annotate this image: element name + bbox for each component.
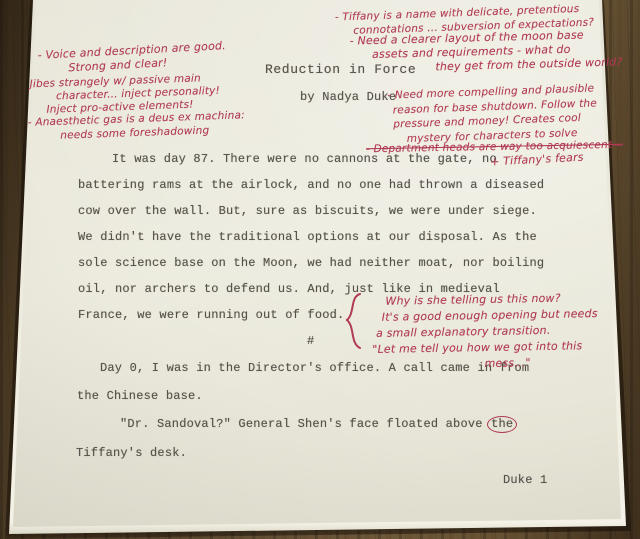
manuscript-byline: by Nadya Duke: [300, 90, 396, 104]
annotation-moon-base-layout: - Need a clearer layout of the moon base…: [349, 27, 622, 76]
body-line: sole science base on the Moon, we had ne…: [78, 256, 544, 270]
annotation-shutdown-reason: - Need more compelling and plausible rea…: [387, 81, 598, 146]
body-line: "Dr. Sandoval?" General Shen's face floa…: [120, 417, 517, 431]
body-line: France, we were running out of food.: [78, 308, 344, 322]
annotation-line: mess...": [484, 354, 598, 372]
brace-mark-icon: [342, 291, 364, 351]
body-line: battering rams at the airlock, and no on…: [78, 178, 544, 192]
annotation-opening-note: Why is she telling us this now? It's a g…: [371, 290, 598, 374]
page-number: Duke 1: [503, 473, 547, 487]
scene-break-mark: #: [307, 334, 314, 348]
manuscript-photo: Reduction in Force by Nadya Duke It was …: [0, 0, 640, 539]
body-line: Tiffany's desk.: [76, 446, 187, 460]
body-line-text: "Dr. Sandoval?" General Shen's face floa…: [120, 417, 490, 431]
body-line: We didn't have the traditional options a…: [78, 230, 537, 244]
circled-word-annotation: the: [487, 416, 517, 433]
body-line: the Chinese base.: [77, 389, 203, 403]
body-line: cow over the wall. But, sure as biscuits…: [78, 204, 537, 218]
